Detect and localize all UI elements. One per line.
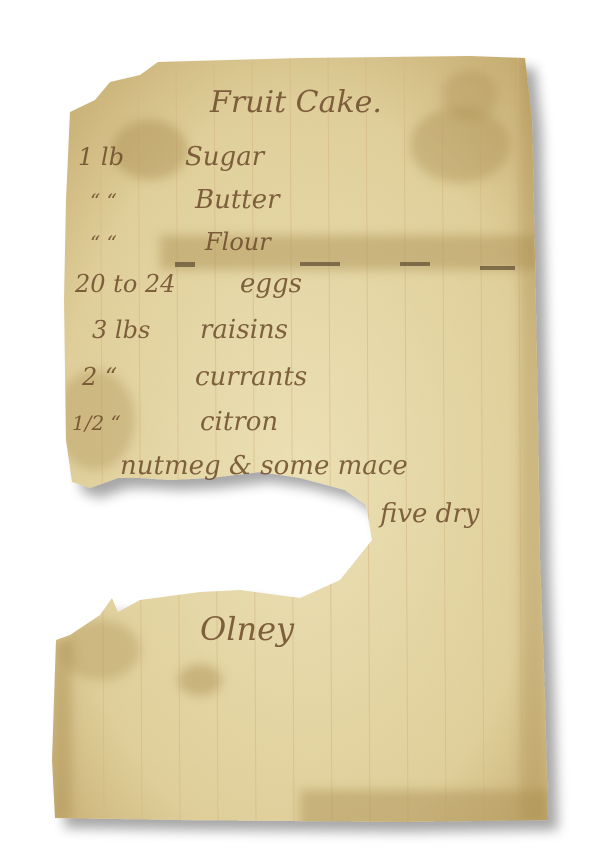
qty-0: 1 lb (78, 143, 124, 171)
item-4: raisins (200, 315, 288, 345)
qty-3: 20 to 24 (74, 270, 175, 298)
item-0: Sugar (185, 142, 266, 172)
recipe-document: Fruit Cake. 1 lb Sugar “ “ Butter “ “ Fl… (0, 0, 600, 857)
item-8: five dry (378, 499, 480, 529)
item-5: currants (195, 362, 307, 392)
item-7: nutmeg & some mace (120, 451, 408, 481)
item-3: eggs (240, 269, 302, 299)
qty-5: 2 “ (81, 363, 117, 391)
qty-6: 1/2 “ (72, 411, 121, 435)
item-2: Flour (204, 228, 272, 256)
signature: Olney (200, 610, 295, 648)
recipe-title: Fruit Cake. (209, 85, 382, 120)
item-1: Butter (194, 185, 281, 215)
qty-2: “ “ (90, 231, 117, 255)
item-6: citron (200, 407, 278, 437)
qty-4: 3 lbs (92, 316, 150, 344)
qty-1: “ “ (90, 189, 117, 213)
